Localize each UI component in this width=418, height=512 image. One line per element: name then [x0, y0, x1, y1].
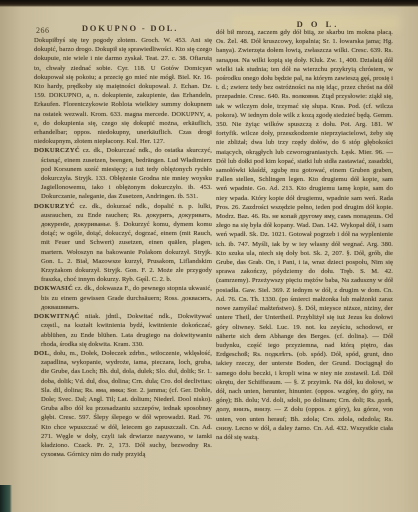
entry-dokurczyc: DOKURCZYĆ cz. dk., Dokurczać ndk., do os…	[34, 146, 212, 201]
entry-dol-continuation: dół bił mrozą, zaczem gdy dół biią, ze s…	[216, 28, 393, 442]
entry-text: cz. dk., Dokurczać ndk., do ostatka skur…	[41, 147, 212, 200]
entry-text: Dokupiłbyś się tey pogody złotem. Groch.…	[34, 37, 212, 145]
entry-dokurzyc: DOKURZYĆ cz. dk., dokurzać ndk., dopalić…	[34, 202, 212, 285]
entry-text: cz. dk., dokurzać ndk., dopalić n. p. lu…	[41, 203, 212, 284]
binding-corner-patch	[0, 485, 12, 512]
scanned-dictionary-page: 266 DOKUPNO - DOL. D O L. Dokupiłbyś się…	[0, 0, 418, 512]
left-text-column: Dokupiłbyś się tey pogody złotem. Groch.…	[34, 36, 212, 488]
entry-headword: DOKWITNĄĆ	[34, 313, 80, 320]
entry-dol: DOL, dołu, m., Dołek, Dołeczek zdrbn., w…	[34, 349, 212, 459]
entry-headword: DOKURCZYĆ	[34, 147, 80, 154]
entry-headword: DOL	[34, 350, 49, 357]
entry-dokwitnac: DOKWITNĄĆ niiak. jdntl., Dokwitać ndk., …	[34, 312, 212, 349]
running-header-left: DOKUPNO - DOL.	[62, 23, 198, 33]
entry-text: dół bił mrozą, zaczem gdy dół biią, ze s…	[216, 29, 393, 441]
entry-headword: DOKWASIĆ	[34, 285, 73, 292]
entry-text: , dołu, m., Dołek, Dołeczek zdrbn., wtło…	[41, 350, 212, 458]
entry-dokwasic: DOKWASIĆ cz. dk., dokwasza F., do pewneg…	[34, 284, 212, 312]
right-text-column: dół bił mrozą, zaczem gdy dół biią, ze s…	[216, 28, 393, 490]
scan-top-edge	[0, 0, 418, 7]
entry-dokupic-continuation: Dokupiłbyś się tey pogody złotem. Groch.…	[34, 36, 212, 146]
entry-headword: DOKURZYĆ	[34, 203, 75, 210]
page-number: 266	[36, 26, 50, 35]
